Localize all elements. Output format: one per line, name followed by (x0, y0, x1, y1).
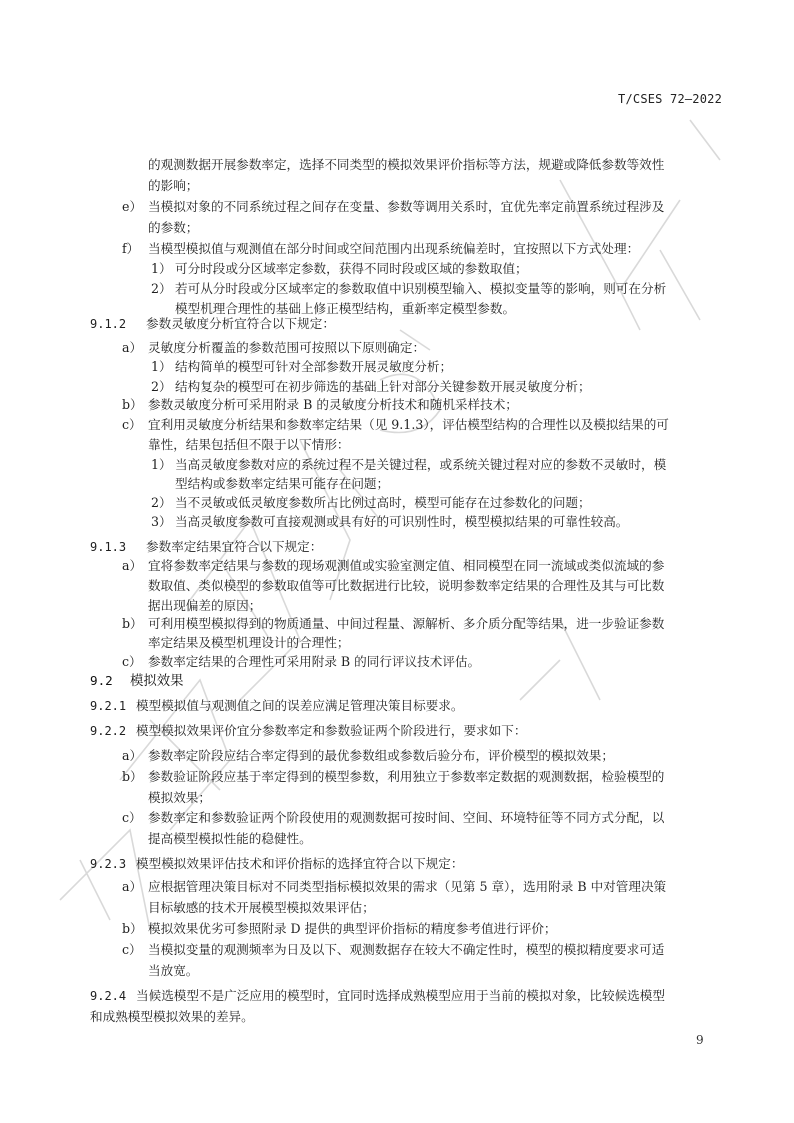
sublist-item-text: 若可从分时段或分区域率定的参数取值中识别模型输入、模拟变量等的影响，则可在分析 (175, 281, 666, 297)
clause-title: 参数率定结果宜符合以下规定： (146, 539, 322, 554)
list-marker: a） (122, 748, 142, 764)
page-number: 9 (696, 1033, 704, 1047)
clause-title: 模型模拟效果评估技术和评价指标的选择宜符合以下规定： (136, 856, 463, 871)
list-item-text: 宜将参数率定结果与参数的现场观测值或实验室测定值、相同模型在同一流域或类似流域的… (148, 558, 664, 574)
list-item-text: 参数率定阶段应结合率定得到的最优参数组或参数后验分布，评价模型的模拟效果； (148, 748, 614, 764)
clause-number: 9.2.3 (90, 856, 136, 872)
list-item-text: 灵敏度分析覆盖的参数范围可按照以下原则确定： (148, 340, 425, 356)
list-item-text: 数取值、类似模型的参数取值等可比数据进行比较，说明参数率定结果的合理性及其与可比… (148, 578, 664, 594)
list-marker: a） (122, 879, 142, 895)
clause-title: 模型模拟效果评价宜分参数率定和参数验证两个阶段进行，要求如下： (136, 723, 526, 738)
list-marker: b） (122, 397, 143, 413)
list-item-text: 模拟效果； (148, 790, 211, 806)
list-marker: a） (122, 558, 142, 574)
list-item-text: 靠性，结果包括但不限于以下情形： (148, 437, 350, 453)
sublist-marker: 2） (151, 495, 172, 511)
clause-text: 当候选模型不是广泛应用的模型时，宜同时选择成熟模型应用于当前的模拟对象，比较候选… (136, 988, 665, 1003)
sublist-item-text: 型结构或参数率定结果可能存在问题； (175, 476, 389, 492)
list-item-text: 参数验证阶段应基于率定得到的模型参数，利用独立于参数率定数据的观测数据，检验模型… (148, 769, 664, 785)
list-item-text: 提高模型模拟性能的稳健性。 (148, 831, 312, 847)
sublist-item-text: 当高灵敏度参数可直接观测或具有好的可识别性时，模型模拟结果的可靠性较高。 (175, 514, 628, 530)
list-marker: c） (122, 942, 142, 958)
clause-number: 9.2.2 (90, 723, 136, 739)
list-item-text: 参数率定结果的合理性可采用附录 B 的同行评议技术评估。 (148, 654, 480, 670)
list-marker: b） (122, 921, 143, 937)
list-item-text: 可利用模型模拟得到的物质通量、中间过程量、源解析、多介质分配等结果，进一步验证参… (148, 616, 664, 632)
list-marker: c） (122, 417, 142, 433)
clause-heading-9-1-3: 9.1.3参数率定结果宜符合以下规定： (90, 539, 322, 555)
section-title: 模拟效果 (130, 674, 184, 689)
section-number: 9.2 (90, 672, 130, 689)
document-page: T/CSES 72—2022 的观测数据开展参数率定，选择不同类型的模拟效果评价… (0, 0, 794, 1123)
list-item-text: 据出现偏差的原因； (148, 598, 261, 614)
sublist-marker: 2） (151, 281, 172, 297)
clause-number: 9.2.1 (90, 698, 136, 714)
sublist-item-text: 模型机理合理性的基础上修正模型结构，重新率定模型参数。 (175, 301, 515, 317)
clause-title: 参数灵敏度分析宜符合以下规定： (146, 316, 335, 331)
list-item-text: 参数灵敏度分析可采用附录 B 的灵敏度分析技术和随机采样技术； (148, 397, 518, 413)
paragraph-line: 的影响； (148, 178, 198, 194)
clause-number: 9.1.3 (90, 539, 146, 555)
list-marker: f） (122, 241, 139, 257)
sublist-item-text: 当不灵敏或低灵敏度参数所占比例过高时，模型可能存在过参数化的问题； (175, 495, 591, 511)
sublist-marker: 2） (151, 379, 172, 395)
list-marker: a） (122, 340, 142, 356)
sublist-marker: 3） (151, 514, 172, 530)
clause-heading-9-1-2: 9.1.2参数灵敏度分析宜符合以下规定： (90, 316, 335, 332)
list-marker: b） (122, 616, 143, 632)
sublist-item-text: 结构复杂的模型可在初步筛选的基础上针对部分关键参数开展灵敏度分析； (175, 379, 591, 395)
paragraph-line: 的观测数据开展参数率定，选择不同类型的模拟效果评价指标等方法，规避或降低参数等效… (148, 157, 664, 173)
list-item-text: 应根据管理决策目标对不同类型指标模拟效果的需求（见第 5 章），选用附录 B 中… (148, 879, 666, 895)
sublist-item-text: 当高灵敏度参数对应的系统过程不是关键过程，或系统关键过程对应的参数不灵敏时，模 (175, 457, 666, 473)
clause-heading-9-2-3: 9.2.3模型模拟效果评估技术和评价指标的选择宜符合以下规定： (90, 856, 463, 872)
list-marker: c） (122, 654, 142, 670)
clause-9-2-1: 9.2.1模型模拟值与观测值之间的误差应满足管理决策目标要求。 (90, 698, 463, 714)
clause-text-continuation: 和成熟模型模拟效果的差异。 (90, 1009, 254, 1025)
sublist-item-text: 可分时段或分区域率定参数，获得不同时段或区域的参数取值； (175, 261, 528, 277)
sublist-marker: 1） (151, 261, 172, 277)
list-item-text: 宜利用灵敏度分析结果和参数率定结果（见 9.1.3），评估模型结构的合理性以及模… (148, 417, 669, 433)
sublist-marker: 1） (151, 359, 172, 375)
clause-9-2-4: 9.2.4当候选模型不是广泛应用的模型时，宜同时选择成熟模型应用于当前的模拟对象… (90, 988, 665, 1004)
list-marker: c） (122, 810, 142, 826)
list-item-text: 目标敏感的技术开展模型模拟效果评估； (148, 900, 375, 916)
clause-heading-9-2-2: 9.2.2模型模拟效果评价宜分参数率定和参数验证两个阶段进行，要求如下： (90, 723, 526, 739)
list-item-text: 当模型模拟值与观测值在部分时间或空间范围内出现系统偏差时，宜按照以下方式处理： (148, 241, 639, 257)
section-heading-9-2: 9.2模拟效果 (90, 672, 184, 690)
list-item-text: 当模拟变量的观测频率为日及以下、观测数据存在较大不确定性时，模型的模拟精度要求可… (148, 942, 664, 958)
clause-number: 9.2.4 (90, 988, 136, 1004)
list-marker: e） (122, 199, 142, 215)
list-marker: b） (122, 769, 143, 785)
list-item-text: 模拟效果优劣可参照附录 D 提供的典型评价指标的精度参考值进行评价； (148, 921, 557, 937)
sublist-item-text: 结构简单的模型可针对全部参数开展灵敏度分析； (175, 359, 452, 375)
list-item-text: 的参数； (148, 220, 198, 236)
clause-number: 9.1.2 (90, 316, 146, 332)
list-item-text: 当模拟对象的不同系统过程之间存在变量、参数等调用关系时，宜优先率定前置系统过程涉… (148, 199, 664, 215)
list-item-text: 参数率定和参数验证两个阶段使用的观测数据可按时间、空间、环境特征等不同方式分配，… (148, 810, 664, 826)
sublist-marker: 1） (151, 457, 172, 473)
list-item-text: 当放宽。 (148, 963, 198, 979)
document-code-header: T/CSES 72—2022 (618, 92, 722, 106)
clause-text: 模型模拟值与观测值之间的误差应满足管理决策目标要求。 (136, 698, 463, 713)
list-item-text: 率定结果及模型机理设计的合理性； (148, 635, 350, 651)
